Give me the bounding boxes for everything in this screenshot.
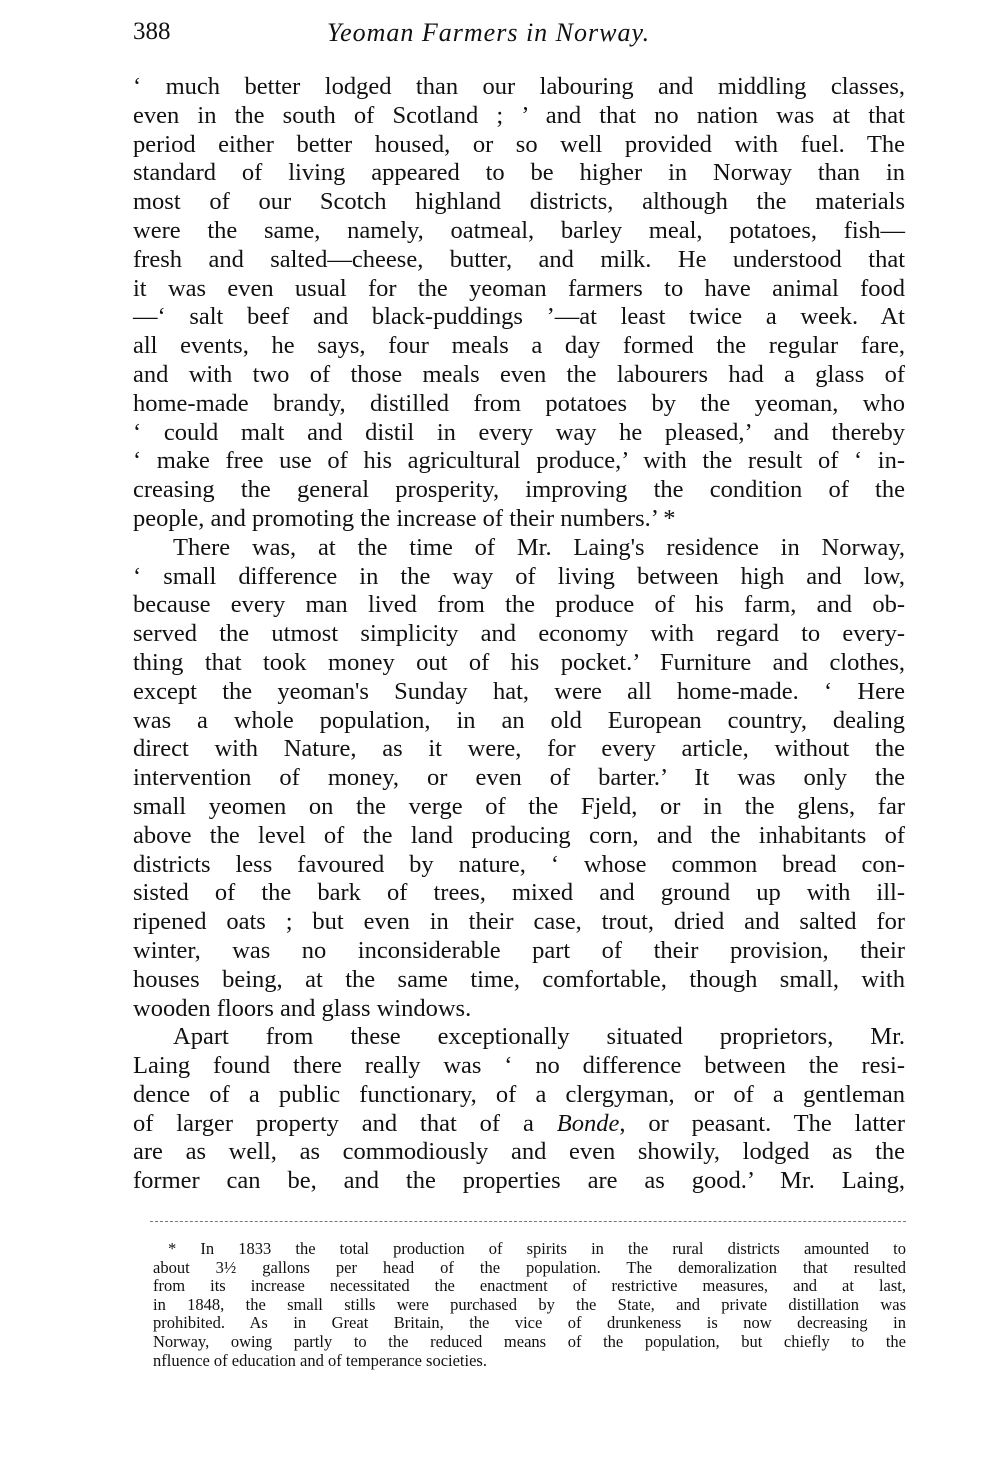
footnote-line: * In 1833 the total production of spirit… <box>153 1240 906 1259</box>
footnote: * In 1833 the total production of spirit… <box>153 1240 906 1370</box>
text-line: —‘ salt beef and black-puddings ’—at lea… <box>133 303 905 332</box>
text-line: people, and promoting the increase of th… <box>133 505 905 534</box>
text-line: because every man lived from the produce… <box>133 591 905 620</box>
text-line: creasing the general prosperity, improvi… <box>133 476 905 505</box>
text-line: ‘ much better lodged than our labouring … <box>133 73 905 102</box>
text-line: fresh and salted—cheese, butter, and mil… <box>133 246 905 275</box>
text-segment: , or peasant. The latter <box>619 1110 905 1137</box>
text-line: districts less favoured by nature, ‘ who… <box>133 851 905 880</box>
text-line: dence of a public functionary, of a cler… <box>133 1081 905 1110</box>
text-line: served the utmost simplicity and economy… <box>133 620 905 649</box>
text-line: of larger property and that of a Bonde, … <box>133 1110 905 1139</box>
page-header: 388 Yeoman Farmers in Norway. <box>133 12 913 52</box>
paragraph-3: Apart from these exceptionally situated … <box>133 1023 905 1196</box>
text-line: Apart from these exceptionally situated … <box>133 1023 905 1052</box>
text-line: above the level of the land producing co… <box>133 822 905 851</box>
footnote-divider <box>150 1221 906 1222</box>
text-line: ripened oats ; but even in their case, t… <box>133 908 905 937</box>
text-line: was a whole population, in an old Europe… <box>133 707 905 736</box>
footnote-line: Norway, owing partly to the reduced mean… <box>153 1333 906 1352</box>
text-line: and with two of those meals even the lab… <box>133 361 905 390</box>
paragraph-2: There was, at the time of Mr. Laing's re… <box>133 534 905 1024</box>
text-line: former can be, and the properties are as… <box>133 1167 905 1196</box>
text-line: thing that took money out of his pocket.… <box>133 649 905 678</box>
text-line: sisted of the bark of trees, mixed and g… <box>133 879 905 908</box>
paragraph-1: ‘ much better lodged than our labouring … <box>133 73 905 534</box>
text-line: are as well, as commodiously and even sh… <box>133 1138 905 1167</box>
text-line: wooden floors and glass windows. <box>133 995 905 1024</box>
text-line: all events, he says, four meals a day fo… <box>133 332 905 361</box>
text-line: ‘ make free use of his agricultural prod… <box>133 447 905 476</box>
text-line: home-made brandy, distilled from potatoe… <box>133 390 905 419</box>
book-page: 388 Yeoman Farmers in Norway. ‘ much bet… <box>0 0 1000 1475</box>
running-title: Yeoman Farmers in Norway. <box>327 18 650 48</box>
footnote-line: about 3½ gallons per head of the populat… <box>153 1259 906 1278</box>
text-line: small yeomen on the verge of the Fjeld, … <box>133 793 905 822</box>
text-line: were the same, namely, oatmeal, barley m… <box>133 217 905 246</box>
footnote-line: from its increase necessitated the enact… <box>153 1277 906 1296</box>
text-line: ‘ could malt and distil in every way he … <box>133 419 905 448</box>
text-line: intervention of money, or even of barter… <box>133 764 905 793</box>
text-line: period either better housed, or so well … <box>133 131 905 160</box>
text-line: even in the south of Scotland ; ’ and th… <box>133 102 905 131</box>
text-line: direct with Nature, as it were, for ever… <box>133 735 905 764</box>
body-text: ‘ much better lodged than our labouring … <box>133 73 905 1196</box>
text-segment: of larger property and that of a <box>133 1110 557 1137</box>
text-line: it was even usual for the yeoman farmers… <box>133 275 905 304</box>
footnote-line: in 1848, the small stills were purchased… <box>153 1296 906 1315</box>
text-line: winter, was no inconsiderable part of th… <box>133 937 905 966</box>
footnote-line: nfluence of education and of temperance … <box>153 1352 906 1371</box>
text-line: Laing found there really was ‘ no differ… <box>133 1052 905 1081</box>
text-line: ‘ small difference in the way of living … <box>133 563 905 592</box>
text-line: most of our Scotch highland districts, a… <box>133 188 905 217</box>
text-line: standard of living appeared to be higher… <box>133 159 905 188</box>
text-line: houses being, at the same time, comforta… <box>133 966 905 995</box>
footnote-line: prohibited. As in Great Britain, the vic… <box>153 1314 906 1333</box>
page-number: 388 <box>133 18 171 46</box>
text-line: There was, at the time of Mr. Laing's re… <box>133 534 905 563</box>
italic-term: Bonde <box>557 1110 620 1137</box>
text-line: except the yeoman's Sunday hat, were all… <box>133 678 905 707</box>
